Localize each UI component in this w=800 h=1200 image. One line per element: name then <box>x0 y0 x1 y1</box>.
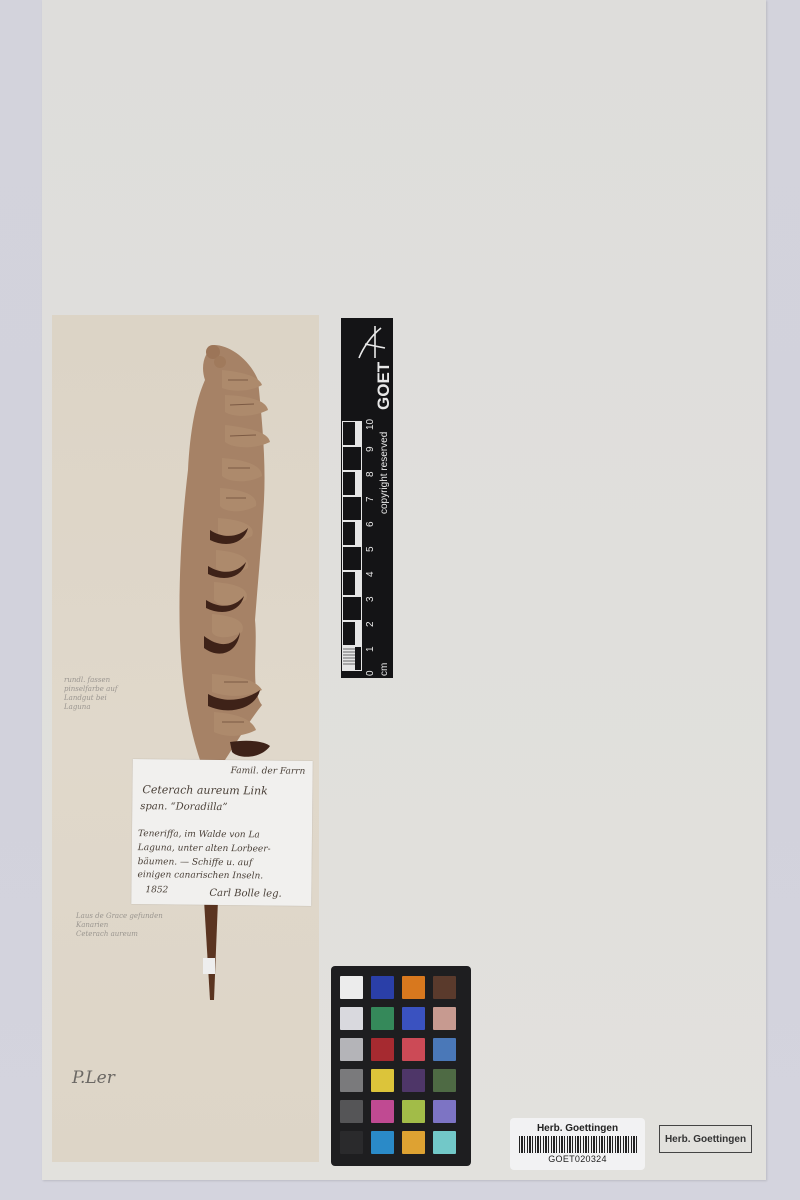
scale-bar: GOET copyright reserved cm 0 1 2 3 4 5 6… <box>341 318 393 678</box>
label-locality-2: Laguna, unter alten Lorbeer- <box>138 843 271 854</box>
color-swatch <box>371 976 394 999</box>
label-collector: Carl Bolle leg. <box>209 888 281 900</box>
color-swatch <box>433 1007 456 1030</box>
pencil-note-lower: Laus de Grace gefunden Kanarien Ceterach… <box>76 912 163 939</box>
scale-copyright: copyright reserved <box>379 432 390 514</box>
pencil-note-left: rundl. fassen pinselfarbe auf Landgut be… <box>64 676 117 712</box>
tick-9: 9 <box>365 446 376 452</box>
color-swatch <box>433 1100 456 1123</box>
barcode-label: Herb. Goettingen GOET020324 <box>510 1118 645 1170</box>
color-swatch <box>371 1038 394 1061</box>
tick-1: 1 <box>365 646 376 652</box>
color-swatch <box>371 1131 394 1154</box>
mounting-paper <box>52 315 319 1162</box>
tick-6: 6 <box>365 521 376 527</box>
collector-mark: P.Ler <box>72 1068 115 1088</box>
color-swatch <box>340 1038 363 1061</box>
collection-label: Famil. der Farrn Ceterach aureum Link sp… <box>131 759 313 906</box>
tick-10: 10 <box>365 419 376 430</box>
tick-4: 4 <box>365 571 376 577</box>
color-swatch <box>402 1069 425 1092</box>
label-species: Ceterach aureum Link <box>142 783 268 797</box>
tick-7: 7 <box>365 496 376 502</box>
color-swatch <box>371 1069 394 1092</box>
tick-0: 0 <box>365 670 376 676</box>
color-swatch <box>340 1131 363 1154</box>
barcode-icon <box>519 1136 637 1153</box>
barcode-herbarium: Herb. Goettingen <box>510 1123 645 1134</box>
color-swatch <box>402 1100 425 1123</box>
label-year: 1852 <box>145 885 168 895</box>
color-swatch <box>433 1038 456 1061</box>
barcode-number: GOET020324 <box>510 1154 645 1164</box>
color-swatch <box>433 1069 456 1092</box>
label-locality-1: Teneriffa, im Walde von La <box>138 829 260 840</box>
tick-8: 8 <box>365 471 376 477</box>
scale-unit: cm <box>379 663 390 676</box>
label-locality-3: bäumen. — Schiffe u. auf <box>138 857 253 868</box>
color-swatch <box>371 1007 394 1030</box>
color-swatch <box>402 1131 425 1154</box>
label-vernacular: span. “Doradilla” <box>140 801 227 813</box>
tick-3: 3 <box>365 596 376 602</box>
color-swatch <box>371 1100 394 1123</box>
color-swatch <box>340 1100 363 1123</box>
label-locality-4: einigen canarischen Inseln. <box>137 870 263 881</box>
color-swatch <box>340 1007 363 1030</box>
color-swatch <box>340 976 363 999</box>
color-swatch <box>433 1131 456 1154</box>
color-swatch <box>340 1069 363 1092</box>
herbarium-stamp: Herb. Goettingen <box>659 1125 752 1153</box>
color-swatch <box>433 976 456 999</box>
tick-5: 5 <box>365 546 376 552</box>
color-swatch <box>402 1007 425 1030</box>
color-calibration-chart <box>331 966 471 1166</box>
color-swatch <box>402 1038 425 1061</box>
tick-2: 2 <box>365 621 376 627</box>
label-family: Famil. der Farrn <box>231 766 306 777</box>
color-swatch <box>402 976 425 999</box>
scale-brand: GOET <box>374 362 394 410</box>
